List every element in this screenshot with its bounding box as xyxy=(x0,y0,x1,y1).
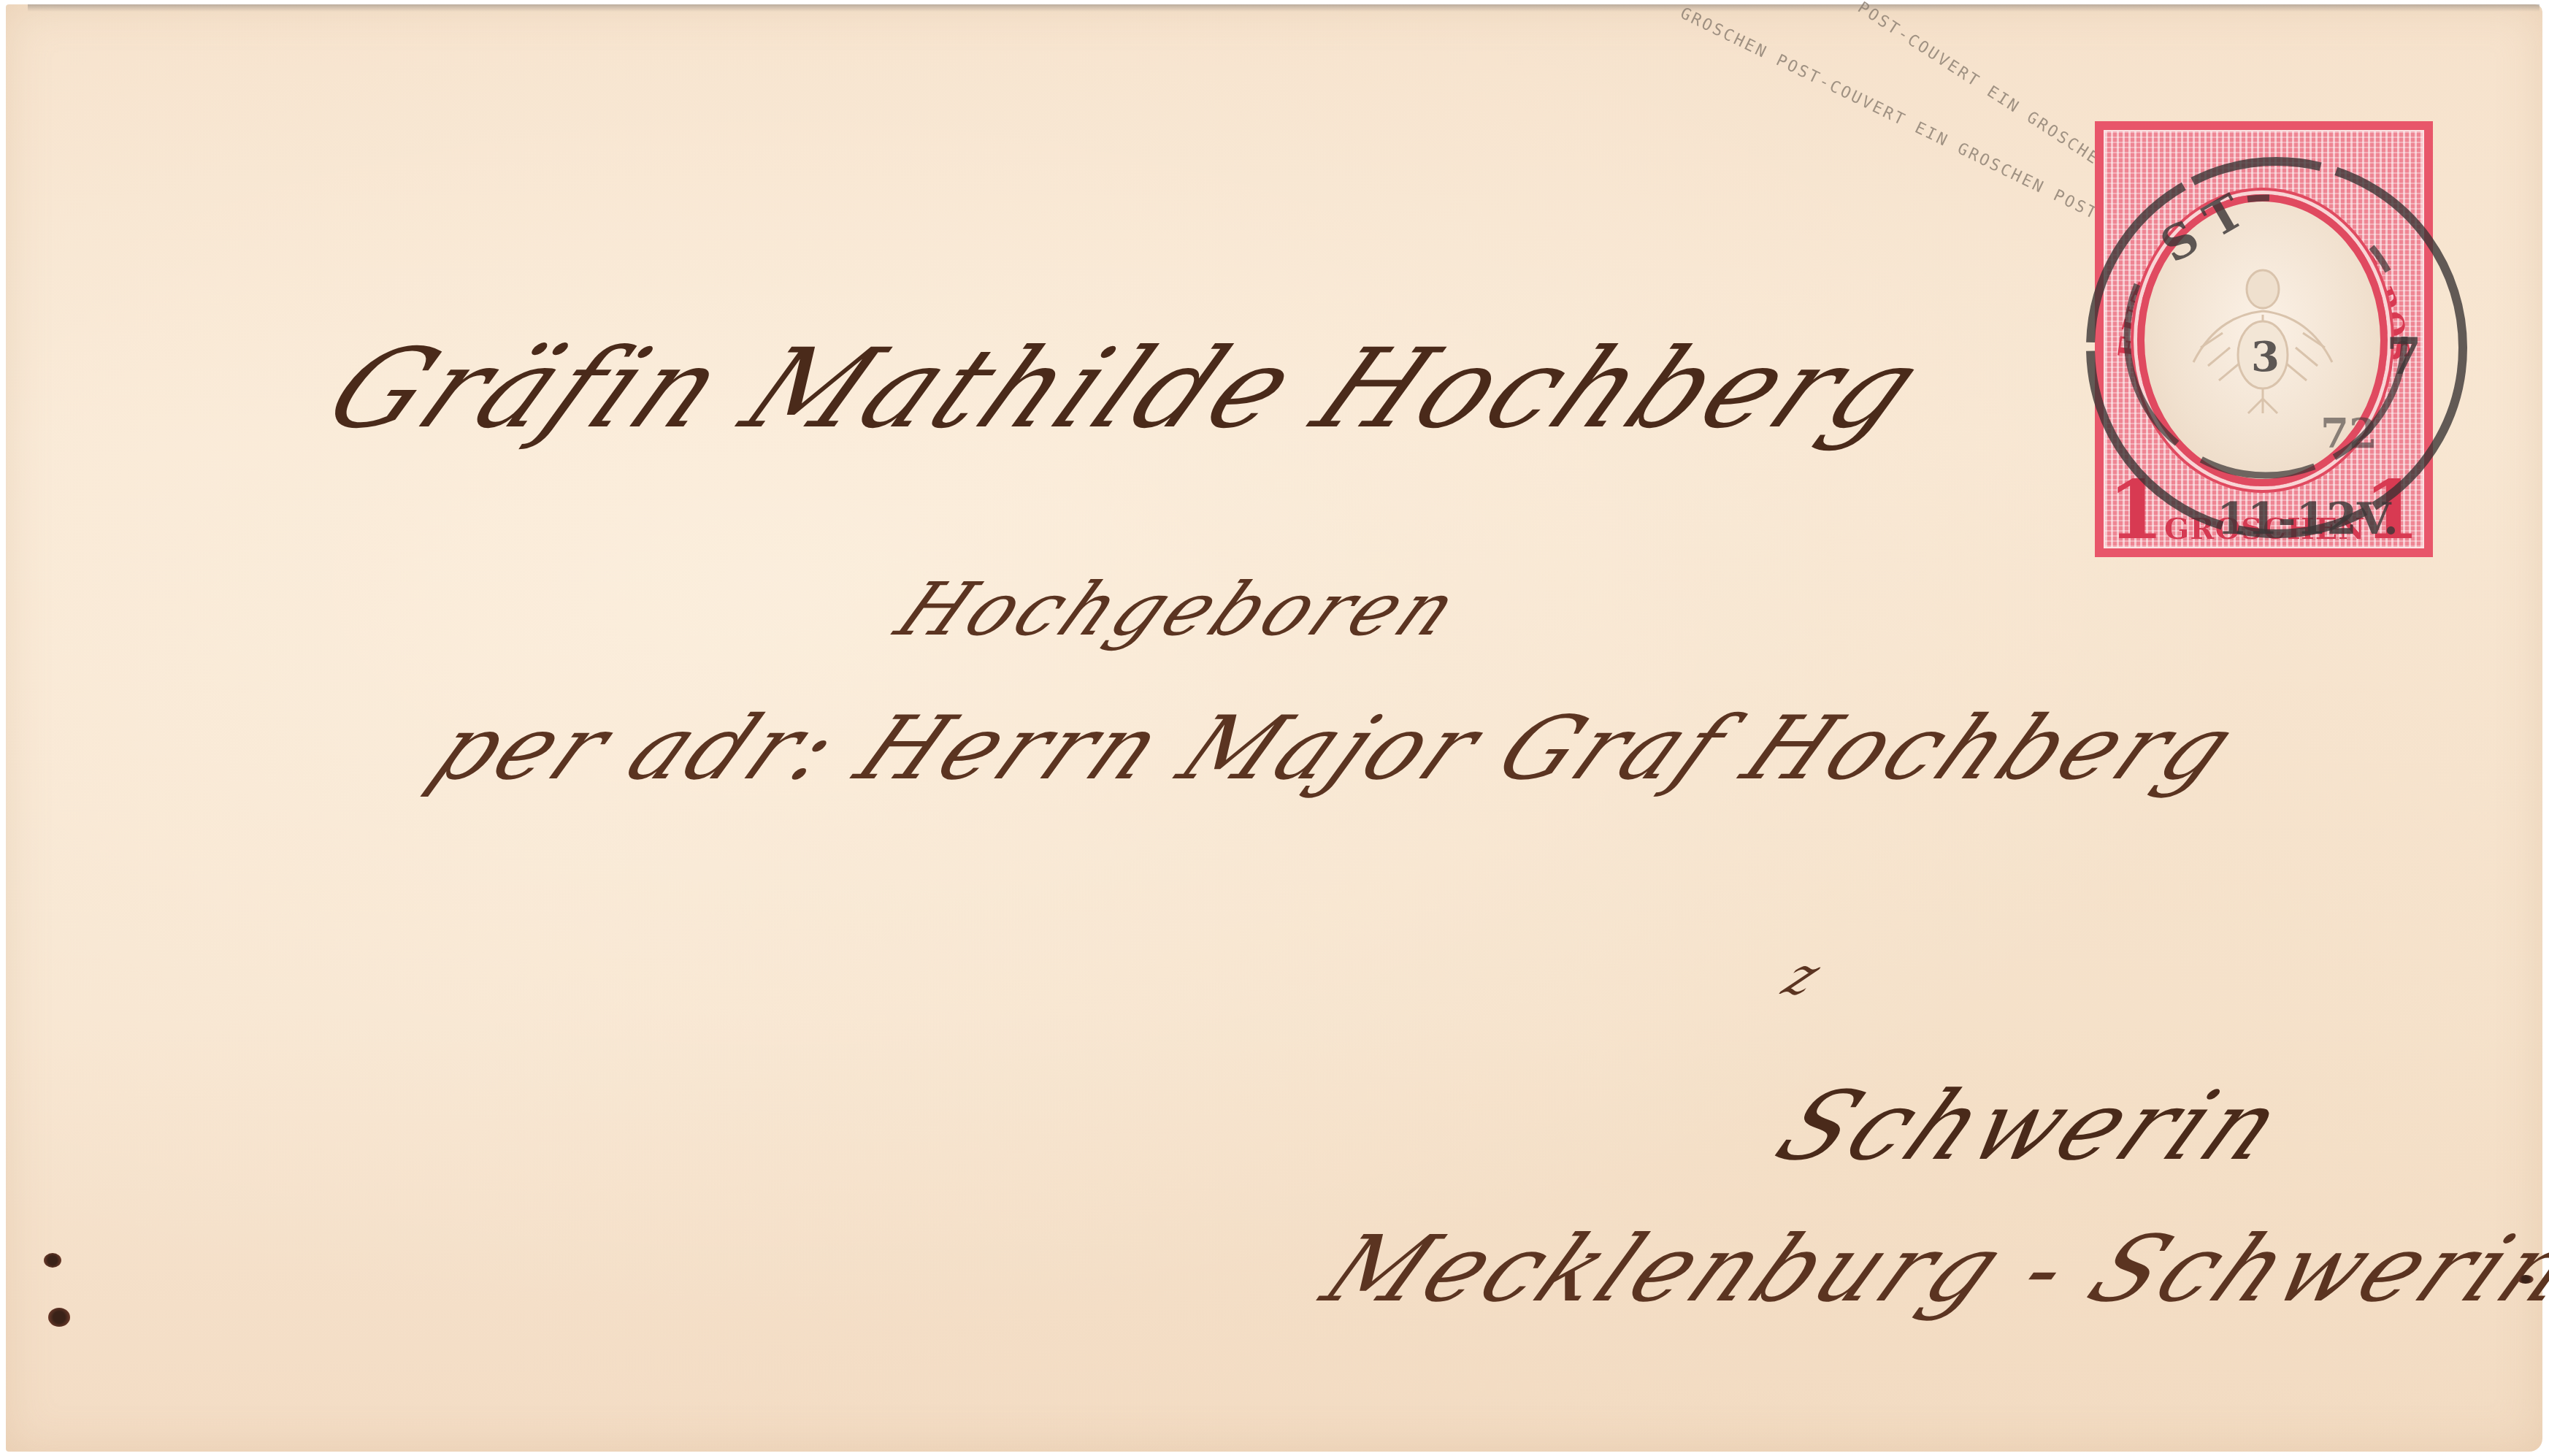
stamp-value-left: 1 xyxy=(2108,470,2164,551)
stamp-medallion xyxy=(2137,194,2388,486)
address-preposition: z xyxy=(1773,946,1836,1006)
ink-blot xyxy=(44,1253,61,1268)
address-care-of: per adr: Herrn Major Graf Hochberg xyxy=(415,698,2255,800)
address-honorific: Hochgeboren xyxy=(882,567,1477,652)
ink-blot xyxy=(48,1308,70,1327)
stamp-value-right: 1 xyxy=(2364,470,2420,551)
postage-stamp: DEUTSCHE REICHS-POST 1 1 GROSCHEN xyxy=(2095,121,2433,557)
ink-blot xyxy=(2518,1275,2534,1284)
address-region: Mecklenburg - Schwerin. xyxy=(1306,1216,2549,1322)
envelope: GROSCHEN POST-COUVERT EIN GROSCHEN POST-… xyxy=(6,4,2542,1452)
address-city: Schwerin xyxy=(1758,1070,2306,1181)
address-recipient: Gräfin Mathilde Hochberg xyxy=(305,326,1947,453)
envelope-top-edge xyxy=(28,4,2540,12)
stamp-denomination: GROSCHEN xyxy=(2164,512,2366,546)
embossed-eagle-icon xyxy=(2179,245,2347,435)
